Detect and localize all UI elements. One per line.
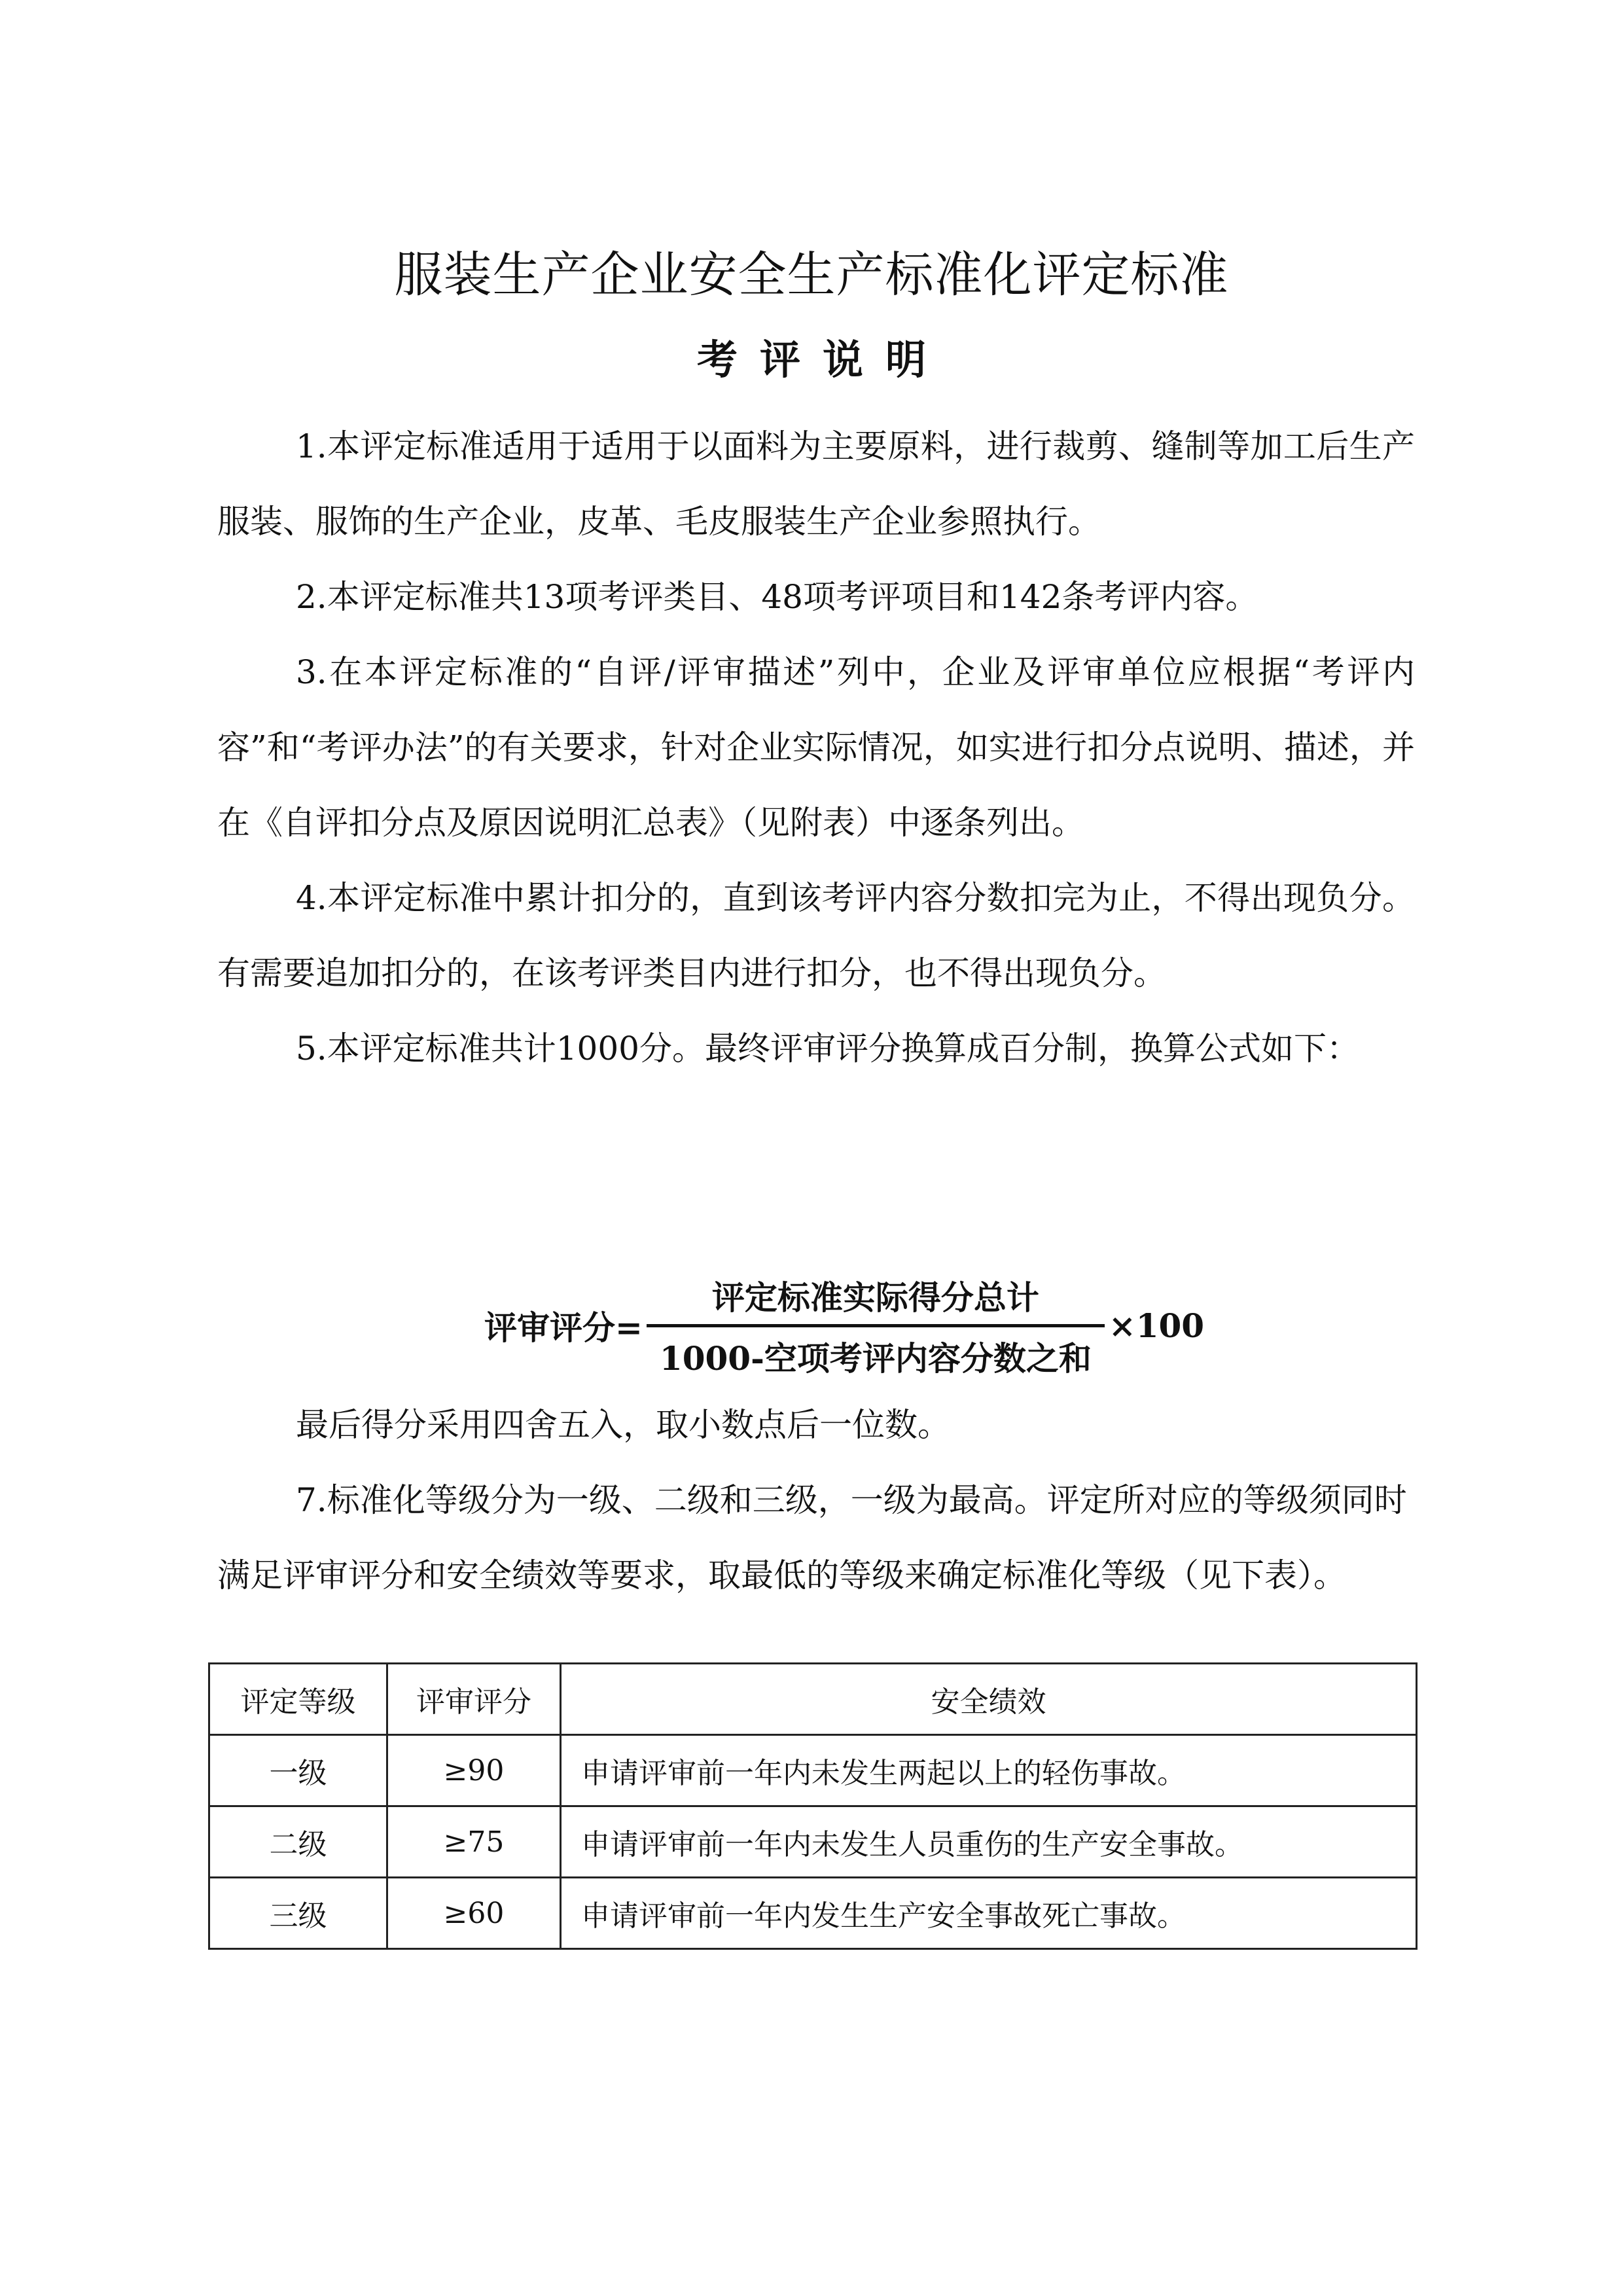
cell-score: ≥75 (387, 1806, 561, 1878)
table-row: 二级 ≥75 申请评审前一年内未发生人员重伤的生产安全事故。 (209, 1806, 1417, 1878)
cell-score: ≥90 (387, 1735, 561, 1806)
formula-numerator: 评定标准实际得分总计 (699, 1272, 1052, 1324)
paragraph-5: 5.本评定标准共计1000分。最终评审评分换算成百分制，换算公式如下： (217, 1011, 1415, 1086)
paragraph-3: 3.在本评定标准的“自评/评审描述”列中，企业及评审单位应根据“考评内容”和“考… (217, 635, 1415, 861)
paragraph-2: 2.本评定标准共13项考评类目、48项考评项目和142条考评内容。 (217, 560, 1415, 635)
formula-lhs: 评审评分= (484, 1302, 643, 1349)
cell-performance: 申请评审前一年内未发生人员重伤的生产安全事故。 (561, 1806, 1417, 1878)
rounding-note: 最后得分采用四舍五入，取小数点后一位数。 (217, 1388, 1415, 1463)
document-title: 服装生产企业安全生产标准化评定标准 (0, 242, 1623, 308)
formula-multiplier: ×100 (1109, 1306, 1204, 1345)
formula-fraction: 评定标准实际得分总计 1000-空项考评内容分数之和 (647, 1272, 1105, 1380)
formula-denominator: 1000-空项考评内容分数之和 (647, 1324, 1105, 1380)
score-conversion-formula: 评审评分= 评定标准实际得分总计 1000-空项考评内容分数之和 ×100 (484, 1276, 1204, 1374)
grade-table: 评定等级 评审评分 安全绩效 一级 ≥90 申请评审前一年内未发生两起以上的轻伤… (208, 1662, 1418, 1950)
header-grade: 评定等级 (209, 1664, 387, 1735)
table-row: 三级 ≥60 申请评审前一年内发生生产安全事故死亡事故。 (209, 1878, 1417, 1949)
cell-performance: 申请评审前一年内发生生产安全事故死亡事故。 (561, 1878, 1417, 1949)
cell-score: ≥60 (387, 1878, 561, 1949)
paragraph-4: 4.本评定标准中累计扣分的，直到该考评内容分数扣完为止，不得出现负分。有需要追加… (217, 861, 1415, 1011)
instructions-body: 1.本评定标准适用于适用于以面料为主要原料，进行裁剪、缝制等加工后生产服装、服饰… (217, 409, 1415, 1086)
table-row: 一级 ≥90 申请评审前一年内未发生两起以上的轻伤事故。 (209, 1735, 1417, 1806)
table-header-row: 评定等级 评审评分 安全绩效 (209, 1664, 1417, 1735)
cell-grade: 一级 (209, 1735, 387, 1806)
paragraph-1: 1.本评定标准适用于适用于以面料为主要原料，进行裁剪、缝制等加工后生产服装、服饰… (217, 409, 1415, 560)
cell-grade: 二级 (209, 1806, 387, 1878)
paragraph-7: 7.标准化等级分为一级、二级和三级，一级为最高。评定所对应的等级须同时满足评审评… (217, 1463, 1415, 1613)
document-page: 服装生产企业安全生产标准化评定标准 考评说明 1.本评定标准适用于适用于以面料为… (0, 0, 1623, 2296)
section-heading: 考评说明 (0, 331, 1623, 389)
header-score: 评审评分 (387, 1664, 561, 1735)
cell-performance: 申请评审前一年内未发生两起以上的轻伤事故。 (561, 1735, 1417, 1806)
post-formula-text: 最后得分采用四舍五入，取小数点后一位数。 7.标准化等级分为一级、二级和三级，一… (217, 1388, 1415, 1613)
header-performance: 安全绩效 (561, 1664, 1417, 1735)
cell-grade: 三级 (209, 1878, 387, 1949)
